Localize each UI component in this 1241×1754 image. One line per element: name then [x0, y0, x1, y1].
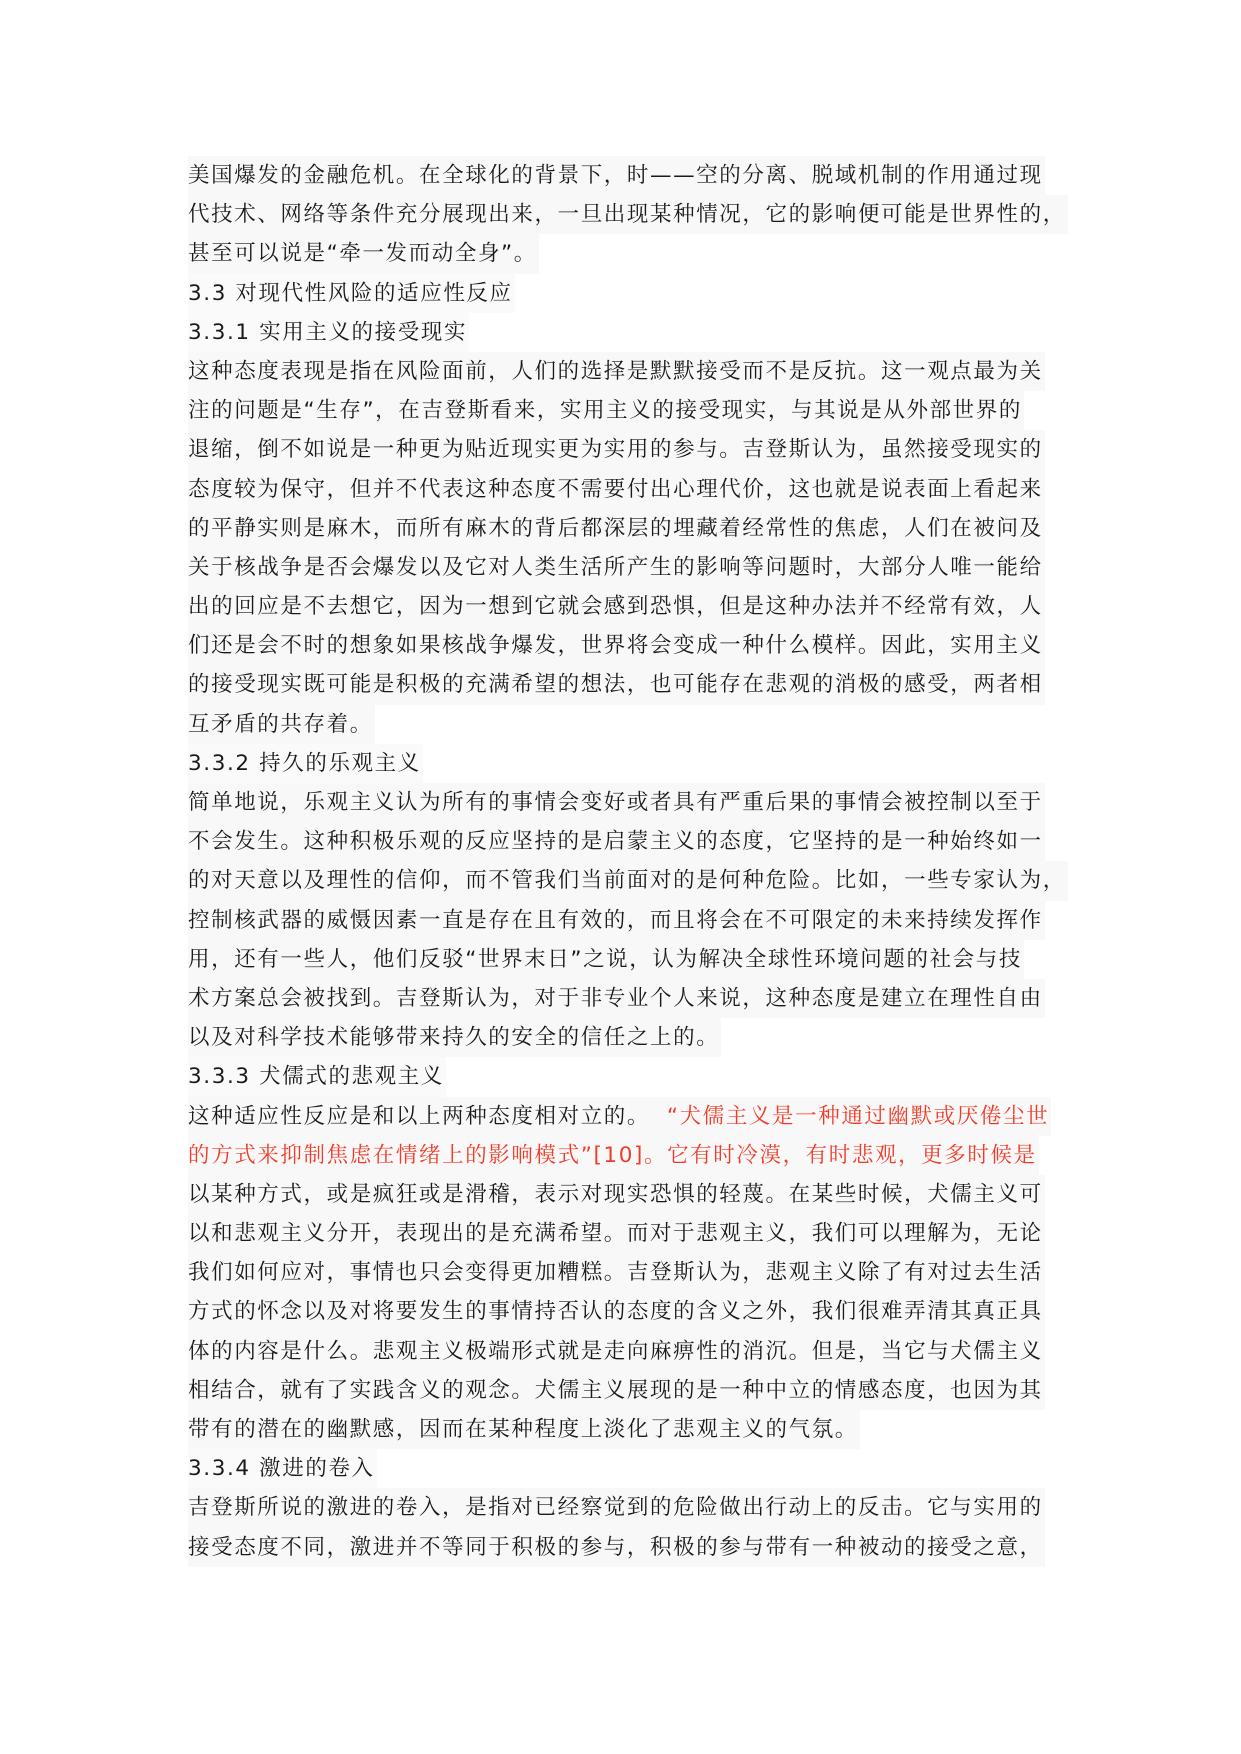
paragraph-line: 简单地说，乐观主义认为所有的事情会变好或者具有严重后果的事情会被控制以至于 — [188, 783, 1088, 822]
line-highlight: 退缩，倒不如说是一种更为贴近现实更为实用的参与。吉登斯认为，虽然接受现实的 — [188, 430, 1045, 469]
line-highlight: 的平静实则是麻木，而所有麻木的背后都深层的埋藏着经常性的焦虑，人们在被问及 — [188, 509, 1045, 548]
line-highlight: 我们如何应对，事情也只会变得更加糟糕。吉登斯认为，悲观主义除了有对过去生活 — [188, 1253, 1045, 1292]
line-text: 们还是会不时的想象如果核战争爆发，世界将会变成一种什么模样。因此，实用主义 — [188, 633, 1043, 658]
paragraph-line: 甚至可以说是“牵一发而动全身”。 — [188, 234, 1088, 273]
line-text: 互矛盾的共存着。 — [188, 712, 373, 737]
paragraph-line: 态度较为保守，但并不代表这种态度不需要付出心理代价，这也就是说表面上看起来 — [188, 470, 1088, 509]
line-highlight: 互矛盾的共存着。 — [188, 705, 375, 744]
paragraph-line: 我们如何应对，事情也只会变得更加糟糕。吉登斯认为，悲观主义除了有对过去生活 — [188, 1253, 1088, 1292]
line-text: 3.3.1 实用主义的接受现实 — [188, 320, 467, 345]
line-text: 术方案总会被找到。吉登斯认为，对于非专业个人来说，这种态度是建立在理性自由 — [188, 986, 1043, 1011]
line-highlight: 代技术、网络等条件充分展现出来，一旦出现某种情况，它的影响便可能是世界性的， — [188, 195, 1068, 234]
paragraph-line: 相结合，就有了实践含义的观念。犬儒主义展现的是一种中立的情感态度，也因为其 — [188, 1371, 1088, 1410]
line-text: 这种适应性反应是和以上两种态度相对立的。 — [188, 1104, 667, 1129]
line-highlight: 带有的潜在的幽默感，因而在某种程度上淡化了悲观主义的气氛。 — [188, 1410, 860, 1449]
section-heading: 3.3.1 实用主义的接受现实 — [188, 313, 1088, 352]
paragraph-line: 关于核战争是否会爆发以及它对人类生活所产生的影响等问题时，大部分人唯一能给 — [188, 548, 1088, 587]
line-text: 3.3.4 激进的卷入 — [188, 1456, 375, 1481]
line-highlight: 相结合，就有了实践含义的观念。犬儒主义展现的是一种中立的情感态度，也因为其 — [188, 1371, 1045, 1410]
paragraph-line: 术方案总会被找到。吉登斯认为，对于非专业个人来说，这种态度是建立在理性自由 — [188, 979, 1088, 1018]
line-text: 3.3.3 犬儒式的悲观主义 — [188, 1064, 444, 1089]
line-text: 美国爆发的金融危机。在全球化的背景下，时——空的分离、脱域机制的作用通过现 — [188, 163, 1043, 188]
section-heading: 3.3.4 激进的卷入 — [188, 1449, 1088, 1488]
line-text: 3.3.2 持久的乐观主义 — [188, 751, 421, 776]
paragraph-line: 这种态度表现是指在风险面前，人们的选择是默默接受而不是反抗。这一观点最为关 — [188, 352, 1088, 391]
line-text: 带有的潜在的幽默感，因而在某种程度上淡化了悲观主义的气氛。 — [188, 1417, 858, 1442]
line-highlight: 用，还有一些人，他们反驳“世界末日”之说，认为解决全球性环境问题的社会与技 — [188, 940, 1024, 979]
line-highlight: 以某种方式，或是疯狂或是滑稽，表示对现实恐惧的轻蔑。在某些时候，犬儒主义可 — [188, 1175, 1045, 1214]
paragraph-line: 注的问题是“生存”，在吉登斯看来，实用主义的接受现实，与其说是从外部世界的 — [188, 391, 1088, 430]
line-highlight: 关于核战争是否会爆发以及它对人类生活所产生的影响等问题时，大部分人唯一能给 — [188, 548, 1045, 587]
paragraph-line: 们还是会不时的想象如果核战争爆发，世界将会变成一种什么模样。因此，实用主义 — [188, 626, 1088, 665]
paragraph-line: 以和悲观主义分开，表现出的是充满希望。而对于悲观主义，我们可以理解为，无论 — [188, 1214, 1088, 1253]
line-highlight: 不会发生。这种积极乐观的反应坚持的是启蒙主义的态度，它坚持的是一种始终如一 — [188, 822, 1045, 861]
section-heading: 3.3.3 犬儒式的悲观主义 — [188, 1057, 1088, 1096]
line-text: 关于核战争是否会爆发以及它对人类生活所产生的影响等问题时，大部分人唯一能给 — [188, 555, 1043, 580]
paragraph-line: 以某种方式，或是疯狂或是滑稽，表示对现实恐惧的轻蔑。在某些时候，犬儒主义可 — [188, 1175, 1088, 1214]
line-highlight: 3.3.3 犬儒式的悲观主义 — [188, 1057, 446, 1096]
line-text: 的接受现实既可能是积极的充满希望的想法，也可能存在悲观的消极的感受，两者相 — [188, 672, 1043, 697]
line-highlight: 美国爆发的金融危机。在全球化的背景下，时——空的分离、脱域机制的作用通过现 — [188, 156, 1045, 195]
line-text: 3.3 对现代性风险的适应性反应 — [188, 281, 513, 306]
line-text: 体的内容是什么。悲观主义极端形式就是走向麻痹性的消沉。但是，当它与犬儒主义 — [188, 1339, 1043, 1364]
line-highlight: 以和悲观主义分开，表现出的是充满希望。而对于悲观主义，我们可以理解为，无论 — [188, 1214, 1045, 1253]
line-text: 方式的怀念以及对将要发生的事情持否认的态度的含义之外，我们很难弄清其真正具 — [188, 1299, 1043, 1324]
line-highlight: 吉登斯所说的激进的卷入，是指对已经察觉到的危险做出行动上的反击。它与实用的 — [188, 1488, 1045, 1527]
paragraph-line: 的方式来抑制焦虑在情绪上的影响模式”[10]。它有时冷漠，有时悲观，更多时候是 — [188, 1136, 1088, 1175]
line-text: 以某种方式，或是疯狂或是滑稽，表示对现实恐惧的轻蔑。在某些时候，犬儒主义可 — [188, 1182, 1043, 1207]
line-highlight: 这种态度表现是指在风险面前，人们的选择是默默接受而不是反抗。这一观点最为关 — [188, 352, 1045, 391]
section-heading: 3.3 对现代性风险的适应性反应 — [188, 274, 1088, 313]
paragraph-line: 的对天意以及理性的信仰，而不管我们当前面对的是何种危险。比如，一些专家认为， — [188, 861, 1088, 900]
line-text: 的对天意以及理性的信仰，而不管我们当前面对的是何种危险。比如，一些专家认为， — [188, 868, 1066, 893]
line-text: 接受态度不同，激进并不等同于积极的参与，积极的参与带有一种被动的接受之意， — [188, 1535, 1043, 1560]
line-highlight: 3.3.2 持久的乐观主义 — [188, 744, 423, 783]
line-highlight: 3.3 对现代性风险的适应性反应 — [188, 274, 515, 313]
paragraph-line: 吉登斯所说的激进的卷入，是指对已经察觉到的危险做出行动上的反击。它与实用的 — [188, 1488, 1088, 1527]
line-text: 不会发生。这种积极乐观的反应坚持的是启蒙主义的态度，它坚持的是一种始终如一 — [188, 829, 1043, 854]
line-text: 这种态度表现是指在风险面前，人们的选择是默默接受而不是反抗。这一观点最为关 — [188, 359, 1043, 384]
line-text: 退缩，倒不如说是一种更为贴近现实更为实用的参与。吉登斯认为，虽然接受现实的 — [188, 437, 1043, 462]
line-highlight: 3.3.1 实用主义的接受现实 — [188, 313, 469, 352]
line-highlight: 态度较为保守，但并不代表这种态度不需要付出心理代价，这也就是说表面上看起来 — [188, 470, 1045, 509]
line-highlight: 甚至可以说是“牵一发而动全身”。 — [188, 234, 539, 273]
line-highlight: 这种适应性反应是和以上两种态度相对立的。 “犬儒主义是一种通过幽默或厌倦尘世 — [188, 1097, 1051, 1136]
line-text: 简单地说，乐观主义认为所有的事情会变好或者具有严重后果的事情会被控制以至于 — [188, 790, 1043, 815]
paragraph-line: 用，还有一些人，他们反驳“世界末日”之说，认为解决全球性环境问题的社会与技 — [188, 940, 1088, 979]
document-body: 美国爆发的金融危机。在全球化的背景下，时——空的分离、脱域机制的作用通过现 代技… — [188, 156, 1088, 1567]
line-text: 态度较为保守，但并不代表这种态度不需要付出心理代价，这也就是说表面上看起来 — [188, 477, 1043, 502]
line-highlight: 以及对科学技术能够带来持久的安全的信任之上的。 — [188, 1018, 721, 1057]
paragraph-line: 的接受现实既可能是积极的充满希望的想法，也可能存在悲观的消极的感受，两者相 — [188, 665, 1088, 704]
line-text: 的平静实则是麻木，而所有麻木的背后都深层的埋藏着经常性的焦虑，人们在被问及 — [188, 516, 1043, 541]
line-highlight: 3.3.4 激进的卷入 — [188, 1449, 377, 1488]
line-highlight: 术方案总会被找到。吉登斯认为，对于非专业个人来说，这种态度是建立在理性自由 — [188, 979, 1045, 1018]
line-highlight: 体的内容是什么。悲观主义极端形式就是走向麻痹性的消沉。但是，当它与犬儒主义 — [188, 1332, 1045, 1371]
line-text: 吉登斯所说的激进的卷入，是指对已经察觉到的危险做出行动上的反击。它与实用的 — [188, 1495, 1043, 1520]
paragraph-line: 的平静实则是麻木，而所有麻木的背后都深层的埋藏着经常性的焦虑，人们在被问及 — [188, 509, 1088, 548]
citation-text: “犬儒主义是一种通过幽默或厌倦尘世 — [667, 1104, 1049, 1129]
line-text: 甚至可以说是“牵一发而动全身”。 — [188, 241, 537, 266]
line-text: 代技术、网络等条件充分展现出来，一旦出现某种情况，它的影响便可能是世界性的， — [188, 202, 1066, 227]
line-text: 控制核武器的威慑因素一直是存在且有效的，而且将会在不可限定的未来持续发挥作 — [188, 908, 1043, 933]
line-highlight: 接受态度不同，激进并不等同于积极的参与，积极的参与带有一种被动的接受之意， — [188, 1528, 1045, 1567]
line-text: 注的问题是“生存”，在吉登斯看来，实用主义的接受现实，与其说是从外部世界的 — [188, 398, 1022, 423]
line-highlight: 注的问题是“生存”，在吉登斯看来，实用主义的接受现实，与其说是从外部世界的 — [188, 391, 1024, 430]
line-highlight: 的接受现实既可能是积极的充满希望的想法，也可能存在悲观的消极的感受，两者相 — [188, 665, 1045, 704]
line-text: 用，还有一些人，他们反驳“世界末日”之说，认为解决全球性环境问题的社会与技 — [188, 947, 1022, 972]
paragraph-line: 体的内容是什么。悲观主义极端形式就是走向麻痹性的消沉。但是，当它与犬儒主义 — [188, 1332, 1088, 1371]
line-highlight: 简单地说，乐观主义认为所有的事情会变好或者具有严重后果的事情会被控制以至于 — [188, 783, 1045, 822]
line-text: 以及对科学技术能够带来持久的安全的信任之上的。 — [188, 1025, 719, 1050]
line-text: 我们如何应对，事情也只会变得更加糟糕。吉登斯认为，悲观主义除了有对过去生活 — [188, 1260, 1043, 1285]
line-text: 相结合，就有了实践含义的观念。犬儒主义展现的是一种中立的情感态度，也因为其 — [188, 1378, 1043, 1403]
paragraph-line: 代技术、网络等条件充分展现出来，一旦出现某种情况，它的影响便可能是世界性的， — [188, 195, 1088, 234]
line-text: 以和悲观主义分开，表现出的是充满希望。而对于悲观主义，我们可以理解为，无论 — [188, 1221, 1043, 1246]
citation-text: 的方式来抑制焦虑在情绪上的影响模式”[10]。它有时冷漠，有时悲观，更多时候是 — [188, 1143, 1037, 1168]
paragraph-line: 带有的潜在的幽默感，因而在某种程度上淡化了悲观主义的气氛。 — [188, 1410, 1088, 1449]
line-highlight: 的方式来抑制焦虑在情绪上的影响模式”[10]。它有时冷漠，有时悲观，更多时候是 — [188, 1136, 1039, 1175]
paragraph-line: 美国爆发的金融危机。在全球化的背景下，时——空的分离、脱域机制的作用通过现 — [188, 156, 1088, 195]
line-highlight: 方式的怀念以及对将要发生的事情持否认的态度的含义之外，我们很难弄清其真正具 — [188, 1292, 1045, 1331]
paragraph-line: 控制核武器的威慑因素一直是存在且有效的，而且将会在不可限定的未来持续发挥作 — [188, 901, 1088, 940]
paragraph-line: 不会发生。这种积极乐观的反应坚持的是启蒙主义的态度，它坚持的是一种始终如一 — [188, 822, 1088, 861]
line-highlight: 控制核武器的威慑因素一直是存在且有效的，而且将会在不可限定的未来持续发挥作 — [188, 901, 1045, 940]
paragraph-line: 这种适应性反应是和以上两种态度相对立的。 “犬儒主义是一种通过幽默或厌倦尘世 — [188, 1097, 1088, 1136]
paragraph-line: 以及对科学技术能够带来持久的安全的信任之上的。 — [188, 1018, 1088, 1057]
line-text: 出的回应是不去想它，因为一想到它就会感到恐惧，但是这种办法并不经常有效，人 — [188, 594, 1043, 619]
paragraph-line: 互矛盾的共存着。 — [188, 705, 1088, 744]
paragraph-line: 退缩，倒不如说是一种更为贴近现实更为实用的参与。吉登斯认为，虽然接受现实的 — [188, 430, 1088, 469]
paragraph-line: 接受态度不同，激进并不等同于积极的参与，积极的参与带有一种被动的接受之意， — [188, 1528, 1088, 1567]
line-highlight: 们还是会不时的想象如果核战争爆发，世界将会变成一种什么模样。因此，实用主义 — [188, 626, 1045, 665]
section-heading: 3.3.2 持久的乐观主义 — [188, 744, 1088, 783]
document-page: 美国爆发的金融危机。在全球化的背景下，时——空的分离、脱域机制的作用通过现 代技… — [188, 156, 1088, 1567]
line-highlight: 的对天意以及理性的信仰，而不管我们当前面对的是何种危险。比如，一些专家认为， — [188, 861, 1068, 900]
paragraph-line: 出的回应是不去想它，因为一想到它就会感到恐惧，但是这种办法并不经常有效，人 — [188, 587, 1088, 626]
line-highlight: 出的回应是不去想它，因为一想到它就会感到恐惧，但是这种办法并不经常有效，人 — [188, 587, 1045, 626]
paragraph-line: 方式的怀念以及对将要发生的事情持否认的态度的含义之外，我们很难弄清其真正具 — [188, 1292, 1088, 1331]
